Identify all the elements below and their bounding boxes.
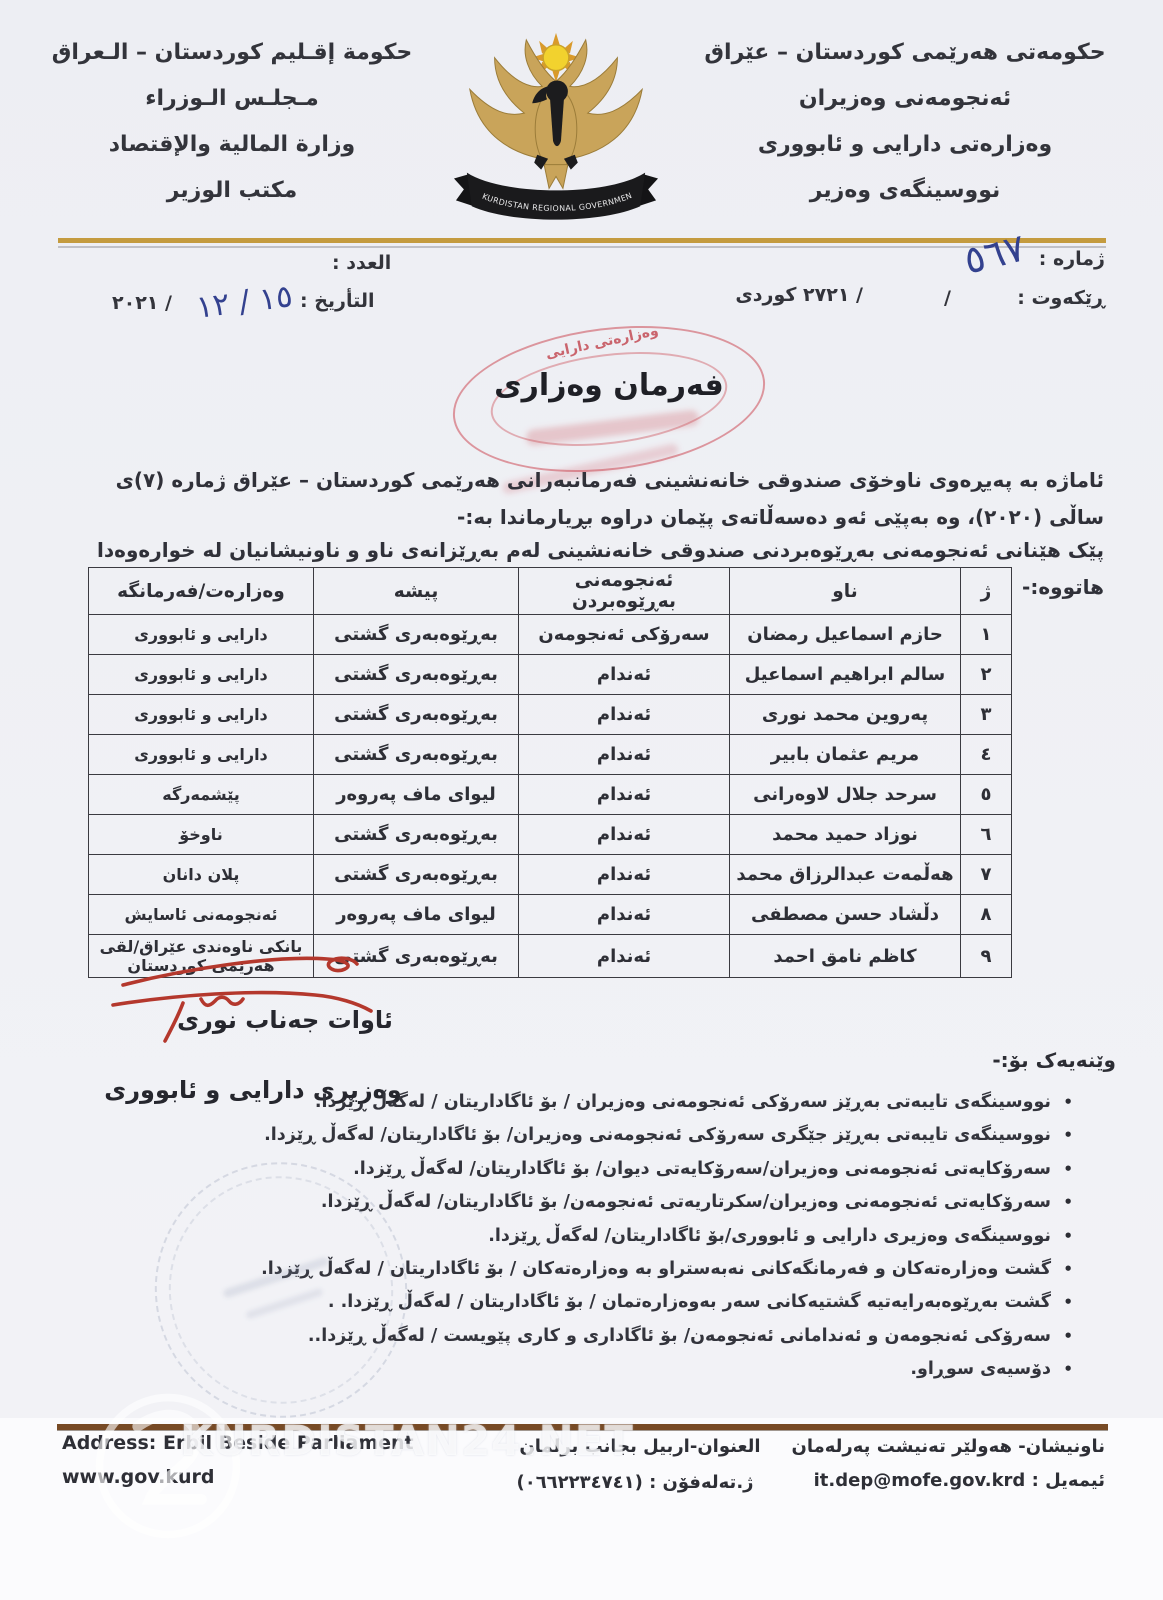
header-kurdish-line: نووسینگەی وەزیر — [690, 168, 1120, 214]
scanned-document-page: حكومة إقـليم كوردستان – الـعراق مـجلـس ا… — [0, 0, 1163, 1600]
table-cell: ٥ — [961, 775, 1012, 815]
table-cell: دڵشاد حسن مصطفی — [730, 895, 961, 935]
copies-list-item: نووسینگەی تایبەتی بەڕێز جێگری سەرۆکی ئەن… — [261, 1119, 1055, 1152]
table-cell: دارایی و ئابووری — [89, 615, 314, 655]
table-cell: بەڕێوەبەری گشتی — [314, 655, 519, 695]
ref-date-year: / ٢٠٢١ — [112, 292, 172, 314]
table-cell: ئەنجومەنی ئاسایش — [89, 895, 314, 935]
header-kurdish: حکومەتی هەرێمی کوردستان – عێراق ئەنجومەن… — [690, 30, 1120, 214]
table-cell: ئەندام — [519, 895, 730, 935]
copies-heading: وێنەیەک بۆ:- — [992, 1048, 1116, 1072]
minister-signature — [105, 933, 395, 1057]
table-cell: لیوای ماف پەروەر — [314, 895, 519, 935]
column-header: ناو — [730, 568, 961, 615]
table-row: ٧هەڵمەت عبدالرزاق محمدئەندامبەڕێوەبەری گ… — [89, 855, 1012, 895]
table-cell: ٩ — [961, 935, 1012, 978]
table-cell: ٤ — [961, 735, 1012, 775]
document-title: فەرمان وەزاری — [452, 368, 766, 403]
table-cell: لیوای ماف پەروەر — [314, 775, 519, 815]
table-cell: بەڕێوەبەری گشتی — [314, 855, 519, 895]
table-cell: ٨ — [961, 895, 1012, 935]
table-cell: پێشمەرگە — [89, 775, 314, 815]
kurdistan24-logo-icon — [92, 1390, 244, 1546]
table-cell: بەڕێوەبەری گشتی — [314, 615, 519, 655]
table-cell: ١ — [961, 615, 1012, 655]
column-header: ژ — [961, 568, 1012, 615]
table-cell: ئەندام — [519, 855, 730, 895]
table-row: ٤مریم عثمان بابیرئەندامبەڕێوەبەری گشتیدا… — [89, 735, 1012, 775]
table-cell: ئەندام — [519, 815, 730, 855]
header-arabic-line: حكومة إقـليم كوردستان – الـعراق — [32, 30, 432, 76]
table-cell: حازم اسماعیل رمضان — [730, 615, 961, 655]
table-cell: کاظم نامق احمد — [730, 935, 961, 978]
table-cell: دارایی و ئابووری — [89, 655, 314, 695]
table-cell: هەڵمەت عبدالرزاق محمد — [730, 855, 961, 895]
table-cell: ئەندام — [519, 655, 730, 695]
ref-issue-label: العدد : — [332, 252, 391, 274]
header-kurdish-line: حکومەتی هەرێمی کوردستان – عێراق — [690, 30, 1120, 76]
column-header: وەزارەت/فەرمانگە — [89, 568, 314, 615]
table-row: ٥سرحد جلال لاوەرانیئەنداملیوای ماف پەروە… — [89, 775, 1012, 815]
table-cell: بەڕێوەبەری گشتی — [314, 695, 519, 735]
table-cell: دارایی و ئابووری — [89, 735, 314, 775]
footer-email-line: ئیمەیل : it.dep@mofe.gov.krd — [814, 1470, 1105, 1491]
table-cell: بەڕێوەبەری گشتی — [314, 815, 519, 855]
table-cell: پەروین محمد نوری — [730, 695, 961, 735]
header-arabic-line: مـجلـس الـوزراء — [32, 76, 432, 122]
council-table-body: ١حازم اسماعیل رمضانسەرۆکی ئەنجومەنبەڕێوە… — [89, 615, 1012, 978]
krg-eagle-emblem-icon: KURDISTAN REGIONAL GOVERNMENT — [452, 28, 660, 230]
header-arabic-line: وزارة المالية والإقتصاد — [32, 122, 432, 168]
table-cell: مریم عثمان بابیر — [730, 735, 961, 775]
table-cell: ٢ — [961, 655, 1012, 695]
table-cell: ئەندام — [519, 695, 730, 735]
copies-list-item: نووسینگەی تایبەتی بەڕێز سەرۆکی ئەنجومەنی… — [261, 1086, 1055, 1119]
table-row: ٣پەروین محمد نوریئەندامبەڕێوەبەری گشتیدا… — [89, 695, 1012, 735]
ref-number-label: ژمارە : — [1039, 248, 1105, 270]
table-cell: دارایی و ئابووری — [89, 695, 314, 735]
table-cell: ٧ — [961, 855, 1012, 895]
council-members-table: ژناوئەنجومەنی بەڕێوەبردنپیشەوەزارەت/فەرم… — [88, 567, 1012, 978]
header-arabic: حكومة إقـليم كوردستان – الـعراق مـجلـس ا… — [32, 30, 432, 214]
header-kurdish-line: ئەنجومەنی وەزیران — [690, 76, 1120, 122]
table-cell: سرحد جلال لاوەرانی — [730, 775, 961, 815]
ref-date-kurdish-slash: / — [944, 287, 951, 309]
footer-address-kurdish: ناونیشان- هەولێر تەنیشت پەرلەمان — [791, 1436, 1105, 1457]
table-cell: نوزاد حمید محمد — [730, 815, 961, 855]
footer-email-value: it.dep@mofe.gov.krd — [814, 1470, 1026, 1491]
ref-number-handwritten: ٥٦٧ — [959, 225, 1029, 283]
table-cell: بەڕێوەبەری گشتی — [314, 735, 519, 775]
table-cell: ئەندام — [519, 735, 730, 775]
table-cell: ناوخۆ — [89, 815, 314, 855]
ref-date-kurdish-label: ڕێکەوت : — [1017, 287, 1105, 309]
ref-date-kurdish-value: / ٢٧٢١ کوردی — [735, 284, 863, 306]
table-cell: ئەندام — [519, 775, 730, 815]
minister-name: ئاوات جەناب نوری — [145, 1006, 425, 1034]
krg-emblem: KURDISTAN REGIONAL GOVERNMENT — [452, 28, 660, 234]
table-row: ١حازم اسماعیل رمضانسەرۆکی ئەنجومەنبەڕێوە… — [89, 615, 1012, 655]
table-row: ٢سالم ابراهیم اسماعیلئەندامبەڕێوەبەری گش… — [89, 655, 1012, 695]
table-row: ٨دڵشاد حسن مصطفیئەنداملیوای ماف پەروەرئە… — [89, 895, 1012, 935]
table-cell: سەرۆکی ئەنجومەن — [519, 615, 730, 655]
gold-divider-underline — [58, 246, 1106, 248]
ref-date-handwritten: ١٥ / ١٢ — [194, 278, 294, 326]
table-cell: ئەندام — [519, 935, 730, 978]
table-cell: سالم ابراهیم اسماعیل — [730, 655, 961, 695]
ref-date-arabic-label: التأريخ : — [300, 290, 375, 312]
table-row: ٦نوزاد حمید محمدئەندامبەڕێوەبەری گشتیناو… — [89, 815, 1012, 855]
gold-divider — [58, 238, 1106, 243]
column-header: پیشە — [314, 568, 519, 615]
footer-phone: ژ.تەلەفۆن : (٠٦٦٢٢٣٤٧٤١) — [490, 1472, 780, 1493]
signature-ink-icon — [105, 933, 395, 1053]
kurdistan24-watermark: KURDISTAN24.NET — [180, 1416, 634, 1465]
table-cell: ٦ — [961, 815, 1012, 855]
table-cell: ٣ — [961, 695, 1012, 735]
header-kurdish-line: وەزارەتی دارایی و ئابووری — [690, 122, 1120, 168]
body-paragraph-1: ئاماژە بە پەیڕەوی ناوخۆی صندوقی خانەنشین… — [64, 462, 1104, 536]
copies-list-item: سەرۆکایەتی ئەنجومەنی وەزیران/سەرۆکایەتی … — [261, 1153, 1055, 1186]
footer-email-label: ئیمەیل : — [1032, 1470, 1105, 1491]
header-arabic-line: مكتب الوزير — [32, 168, 432, 214]
council-table-header-row: ژناوئەنجومەنی بەڕێوەبردنپیشەوەزارەت/فەرم… — [89, 568, 1012, 615]
column-header: ئەنجومەنی بەڕێوەبردن — [519, 568, 730, 615]
ministerial-stamp: وەزارەتی دارایی فەرمان وەزاری — [452, 328, 766, 470]
table-cell: پلان دانان — [89, 855, 314, 895]
